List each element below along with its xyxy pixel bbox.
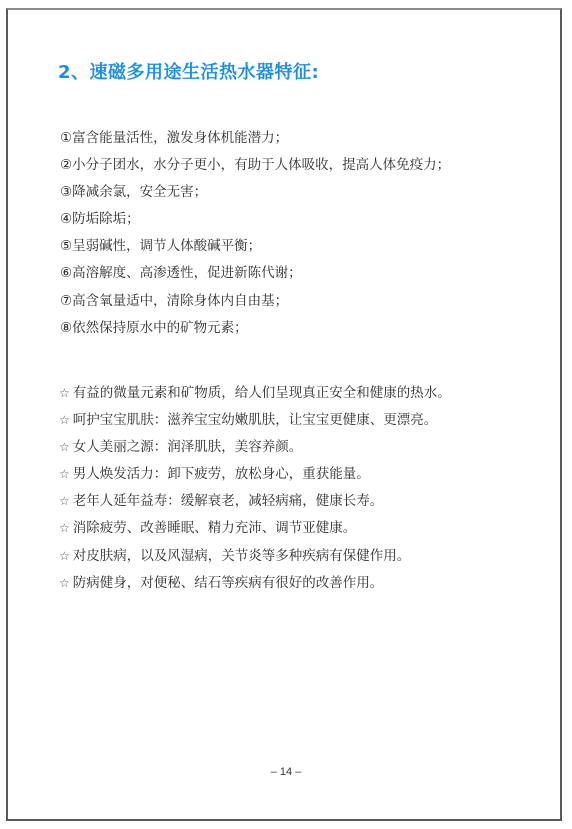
- feature-item: ⑤呈弱碱性，调节人体酸碱平衡；: [60, 236, 450, 263]
- star-outline-icon: ☆: [59, 573, 70, 593]
- star-outline-icon: ☆: [59, 518, 70, 538]
- star-outline-icon: ☆: [59, 546, 70, 566]
- benefit-item: ☆有益的微量元素和矿物质，给人们呈现真正安全和健康的热水。: [59, 383, 451, 410]
- benefit-text: 消除疲劳、改善睡眠、精力充沛、调节亚健康。: [73, 520, 357, 536]
- benefit-item: ☆对皮肤病，以及风湿病，关节炎等多种疾病有保健作用。: [59, 546, 451, 573]
- star-outline-icon: ☆: [59, 464, 70, 484]
- benefit-item: ☆老年人延年益寿：缓解衰老，减轻病痛，健康长寿。: [59, 491, 451, 518]
- benefit-text: 老年人延年益寿：缓解衰老，减轻病痛，健康长寿。: [73, 493, 384, 509]
- benefit-text: 对皮肤病，以及风湿病，关节炎等多种疾病有保健作用。: [73, 548, 411, 564]
- feature-item: ①富含能量活性，激发身体机能潜力；: [60, 128, 450, 155]
- page-number: – 14 –: [0, 766, 572, 778]
- benefit-text: 呵护宝宝肌肤：滋养宝宝幼嫩肌肤，让宝宝更健康、更漂亮。: [73, 412, 438, 428]
- star-outline-icon: ☆: [59, 491, 70, 511]
- benefit-item: ☆女人美丽之源：润泽肌肤，美容养颜。: [59, 437, 451, 464]
- benefit-text: 防病健身，对便秘、结石等疾病有很好的改善作用。: [73, 575, 384, 591]
- star-outline-icon: ☆: [59, 383, 70, 403]
- feature-item: ⑦高含氧量适中，清除身体内自由基；: [60, 291, 450, 318]
- feature-item: ⑥高溶解度、高渗透性，促进新陈代谢；: [60, 263, 450, 290]
- feature-item: ③降减余氯，安全无害；: [60, 182, 450, 209]
- benefit-item: ☆男人焕发活力：卸下疲劳，放松身心，重获能量。: [59, 464, 451, 491]
- benefit-list: ☆有益的微量元素和矿物质，给人们呈现真正安全和健康的热水。 ☆呵护宝宝肌肤：滋养…: [59, 383, 451, 600]
- feature-item: ②小分子团水，水分子更小，有助于人体吸收，提高人体免疫力；: [60, 155, 450, 182]
- benefit-item: ☆呵护宝宝肌肤：滋养宝宝幼嫩肌肤，让宝宝更健康、更漂亮。: [59, 410, 451, 437]
- benefit-text: 有益的微量元素和矿物质，给人们呈现真正安全和健康的热水。: [73, 385, 451, 401]
- benefit-text: 女人美丽之源：润泽肌肤，美容养颜。: [73, 439, 303, 455]
- benefit-text: 男人焕发活力：卸下疲劳，放松身心，重获能量。: [73, 466, 370, 482]
- star-outline-icon: ☆: [59, 410, 70, 430]
- star-outline-icon: ☆: [59, 437, 70, 457]
- feature-list: ①富含能量活性，激发身体机能潜力； ②小分子团水，水分子更小，有助于人体吸收，提…: [60, 128, 450, 345]
- benefit-item: ☆防病健身，对便秘、结石等疾病有很好的改善作用。: [59, 573, 451, 600]
- benefit-item: ☆消除疲劳、改善睡眠、精力充沛、调节亚健康。: [59, 518, 451, 545]
- feature-item: ④防垢除垢；: [60, 209, 450, 236]
- section-title: 2、速磁多用途生活热水器特征:: [58, 58, 319, 84]
- feature-item: ⑧依然保持原水中的矿物元素；: [60, 318, 450, 345]
